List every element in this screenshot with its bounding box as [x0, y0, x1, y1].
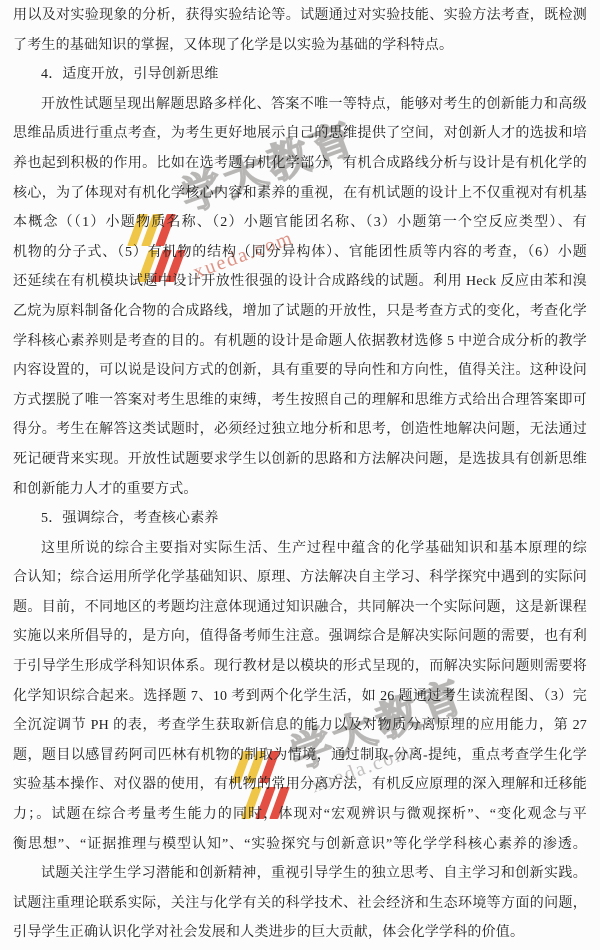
text-line: 机物的分子式、（5）有机物的结构（同分异构体）、官能团性质等内容的考查，（6）小… — [13, 238, 587, 268]
text-line: 力；。试题在综合考量考生能力的同时，体现对“宏观辨识与微观探析”、“变化观念与平 — [13, 800, 587, 830]
text-line: 实施以来所倡导的，是方向，值得备考师生注意。强调综合是解决实际问题的需要，也有利 — [13, 622, 587, 652]
text-line: 全沉淀调节 PH 的表，考查学生获取新信息的能力以及对物质分离原理的应用能力，第… — [13, 711, 587, 741]
text-line: 方式摆脱了唯一答案对考生思维的束缚，考生按照自己的理解和思维方式给出合理答案即可 — [13, 386, 587, 416]
text-line: 衡思想”、“证据推理与模型认知”、“实验探究与创新意识”等化学学科核心素养的渗透… — [13, 830, 587, 860]
text-line: 试题关注学生学习潜能和创新精神，重视引导学生的独立思考、自主学习和创新实践。 — [13, 859, 587, 889]
text-line: 用以及对实验现象的分析，获得实验结论等。试题通过对实验技能、实验方法考查，既检测 — [13, 1, 587, 31]
text-line: 得分。考生在解答这类试题时，必须经过独立地分析和思考，创造性地解决问题，无法通过 — [13, 415, 587, 445]
text-line: 养也起到积极的作用。比如在选考题有机化学部分，有机合成路线分析与设计是有机化学的 — [13, 149, 587, 179]
text-line: 实验基本操作、对仪器的使用，有机物的常用分离方法，有机反应原理的深入理解和迁移能 — [13, 770, 587, 800]
text-line: 引导学生正确认识化学对社会发展和人类进步的巨大贡献，体会化学学科的价值。 — [13, 918, 587, 948]
text-line: 5．强调综合，考查核心素养 — [13, 504, 587, 534]
document-text: 用以及对实验现象的分析，获得实验结论等。试题通过对实验技能、实验方法考查，既检测… — [13, 1, 587, 948]
text-line: 开放性试题呈现出解题思路多样化、答案不唯一等特点，能够对考生的创新能力和高级 — [13, 90, 587, 120]
text-line: 内容设置的，可以说是设问方式的创新，具有重要的导向性和方向性，值得关注。这种设问 — [13, 356, 587, 386]
text-line: 乙烷为原料制备化合物的合成路线，增加了试题的开放性，只是考查方式的变化，考查化学 — [13, 297, 587, 327]
text-line: 和创新能力人才的重要方式。 — [13, 475, 587, 505]
text-line: 这里所说的综合主要指对实际生活、生产过程中蕴含的化学基础知识和基本原理的综 — [13, 534, 587, 564]
text-line: 死记硬背来实现。开放性试题要求学生以创新的思路和方法解决问题，是选拔具有创新思维 — [13, 445, 587, 475]
text-line: 试题注重理论联系实际，关注与化学有关的科学技术、社会经济和生态环境等方面的问题， — [13, 889, 587, 919]
text-line: 还延续在有机模块试题中设计开放性很强的设计合成路线的试题。利用 Heck 反应由… — [13, 267, 587, 297]
document-page: 学大教育 xueda.com 学大教育 xueda.com 用以及对实验现象的分… — [0, 0, 600, 950]
text-line: 4．适度开放，引导创新思维 — [13, 60, 587, 90]
text-line: 题，题目以感冒药阿司匹林有机物的制取为情境，通过制取-分离-提纯，重点考查学生化… — [13, 741, 587, 771]
text-line: 本概念（（1）小题物质名称、（2）小题官能团名称、（3）小题第一个空反应类型）、… — [13, 208, 587, 238]
text-line: 思维品质进行重点考查，为考生更好地展示自己的思维提供了空间，对创新人才的选拔和培 — [13, 119, 587, 149]
text-line: 合认知；综合运用所学化学基础知识、原理、方法解决自主学习、科学探究中遇到的实际问 — [13, 563, 587, 593]
text-line: 题。目前，不同地区的考题均注意体现通过知识融合，共同解决一个实际问题，这是新课程 — [13, 593, 587, 623]
text-line: 了考生的基础知识的掌握，又体现了化学是以实验为基础的学科特点。 — [13, 31, 587, 61]
text-line: 于引导学生形成学科知识体系。现行教材是以模块的形式呈现的，而解决实际问题则需要将 — [13, 652, 587, 682]
text-line: 化学知识综合起来。选择题 7、10 考到两个化学生活，如 26 题通过考生读流程… — [13, 682, 587, 712]
text-line: 学科核心素养则是考查的目的。有机题的设计是命题人依据教材选修 5 中逆合成分析的… — [13, 327, 587, 357]
text-line: 核心，为了体现对有机化学核心内容和素养的重视，在有机试题的设计上不仅重视对有机基 — [13, 179, 587, 209]
